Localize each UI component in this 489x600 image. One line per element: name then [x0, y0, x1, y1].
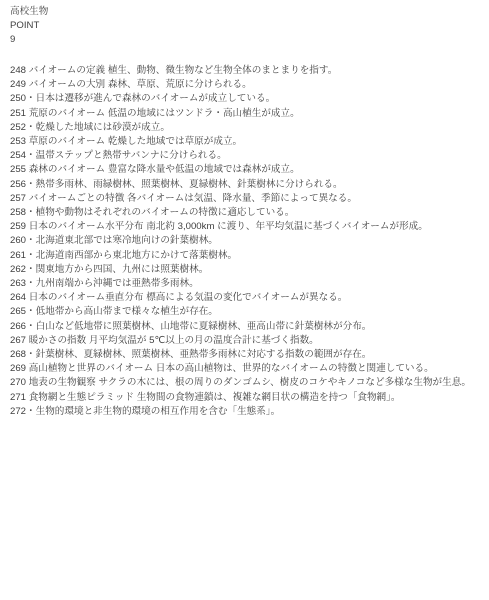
item-text: 関東地方から四国、九州には照葉樹林。: [36, 264, 209, 275]
header-point-number: 9: [10, 33, 479, 47]
item-number: 267: [10, 335, 26, 346]
item-text: 植物や動物はそれぞれのバイオームの特徴に適応している。: [36, 207, 295, 218]
list-item: 261・北海道南西部から東北地方にかけて落葉樹林。: [10, 249, 479, 263]
item-number: 271: [10, 392, 26, 403]
list-item: 249 バイオームの大別 森林、草原、荒原に分けられる。: [10, 78, 479, 92]
list-item: 263・九州南端から沖縄では亜熱帯多雨林。: [10, 277, 479, 291]
list-item: 259 日本のバイオーム水平分布 南北約 3,000km に渡り、年平均気温に基…: [10, 220, 479, 234]
item-number: 266: [10, 321, 26, 332]
item-number: 263: [10, 278, 26, 289]
item-bullet-separator: ・: [26, 150, 36, 161]
item-bullet-separator: ・: [26, 179, 36, 190]
list-item: 255 森林のバイオーム 豊富な降水量や低温の地域では森林が成立。: [10, 163, 479, 177]
item-number: 250: [10, 93, 26, 104]
list-item: 248 バイオームの定義 植生、動物、微生物など生物全体のまとまりを指す。: [10, 64, 479, 78]
item-bullet-separator: ・: [26, 321, 36, 332]
item-text: 北海道東北部では寒冷地向けの針葉樹林。: [36, 235, 218, 246]
item-text: バイオームごとの特徴 各バイオームは気温、降水量、季節によって異なる。: [29, 193, 357, 204]
item-number: 269: [10, 363, 26, 374]
item-bullet-separator: ・: [26, 306, 36, 317]
document-page: 高校生物 POINT 9 248 バイオームの定義 植生、動物、微生物など生物全…: [0, 0, 489, 419]
item-text: 草原のバイオーム 乾燥した地域では草原が成立。: [29, 136, 242, 147]
item-number: 257: [10, 193, 26, 204]
item-bullet-separator: ・: [26, 349, 36, 360]
item-number: 248: [10, 65, 26, 76]
item-number: 259: [10, 221, 26, 232]
item-number: 264: [10, 292, 26, 303]
item-text: 北海道南西部から東北地方にかけて落葉樹林。: [36, 250, 237, 261]
list-item: 250・日本は遷移が進んで森林のバイオームが成立している。: [10, 92, 479, 106]
list-item: 269 高山植物と世界のバイオーム 日本の高山植物は、世界的なバイオームの特徴と…: [10, 362, 479, 376]
item-number: 261: [10, 250, 26, 261]
item-text: 生物的環境と非生物的環境の相互作用を含む「生態系」。: [36, 406, 281, 417]
item-number: 253: [10, 136, 26, 147]
item-text: 乾燥した地域には砂漠が成立。: [36, 122, 170, 133]
item-text: バイオームの定義 植生、動物、微生物など生物全体のまとまりを指す。: [29, 65, 338, 76]
list-item: 251 荒原のバイオーム 低温の地域にはツンドラ・高山植生が成立。: [10, 107, 479, 121]
list-item: 266・白山など低地帯に照葉樹林、山地帯に夏緑樹林、亜高山帯に針葉樹林が分布。: [10, 320, 479, 334]
item-text: 食物網と生態ピラミッド 生物間の食物連鎖は、複雑な網目状の構造を持つ「食物網」。: [29, 392, 401, 403]
item-text: 白山など低地帯に照葉樹林、山地帯に夏緑樹林、亜高山帯に針葉樹林が分布。: [36, 321, 372, 332]
item-text: バイオームの大別 森林、草原、荒原に分けられる。: [29, 79, 252, 90]
item-text: 針葉樹林、夏緑樹林、照葉樹林、亜熱帯多雨林に対応する指数の範囲が存在。: [36, 349, 372, 360]
item-bullet-separator: ・: [26, 235, 36, 246]
item-number: 251: [10, 108, 26, 119]
item-text: 高山植物と世界のバイオーム 日本の高山植物は、世界的なバイオームの特徴と関連して…: [29, 363, 434, 374]
list-item: 262・関東地方から四国、九州には照葉樹林。: [10, 263, 479, 277]
list-item: 253 草原のバイオーム 乾燥した地域では草原が成立。: [10, 135, 479, 149]
list-item: 271 食物網と生態ピラミッド 生物間の食物連鎖は、複雑な網目状の構造を持つ「食…: [10, 391, 479, 405]
list-item: 256・熱帯多雨林、雨緑樹林、照葉樹林、夏緑樹林、針葉樹林に分けられる。: [10, 178, 479, 192]
list-item: 252・乾燥した地域には砂漠が成立。: [10, 121, 479, 135]
header-subject: 高校生物: [10, 5, 479, 19]
item-text: 九州南端から沖縄では亜熱帯多雨林。: [36, 278, 199, 289]
item-text: 日本は遷移が進んで森林のバイオームが成立している。: [36, 93, 276, 104]
item-text: 低地帯から高山帯まで様々な植生が存在。: [36, 306, 218, 317]
item-bullet-separator: ・: [26, 207, 36, 218]
item-text: 日本のバイオーム垂直分布 標高による気温の変化でバイオームが異なる。: [29, 292, 348, 303]
item-number: 255: [10, 164, 26, 175]
item-number: 268: [10, 349, 26, 360]
list-item: 257 バイオームごとの特徴 各バイオームは気温、降水量、季節によって異なる。: [10, 192, 479, 206]
item-text: 日本のバイオーム水平分布 南北約 3,000km に渡り、年平均気温に基づくバイ…: [29, 221, 428, 232]
list-item: 272・生物的環境と非生物的環境の相互作用を含む「生態系」。: [10, 405, 479, 419]
item-number: 262: [10, 264, 26, 275]
item-bullet-separator: ・: [26, 278, 36, 289]
list-item: 254・温帯ステップと熱帯サバンナに分けられる。: [10, 149, 479, 163]
item-text: 暖かさの指数 月平均気温が 5℃以上の月の温度合計に基づく指数。: [29, 335, 319, 346]
header-point-label: POINT: [10, 19, 479, 33]
list-item: 267 暖かさの指数 月平均気温が 5℃以上の月の温度合計に基づく指数。: [10, 334, 479, 348]
item-bullet-separator: ・: [26, 406, 36, 417]
notes-list: 248 バイオームの定義 植生、動物、微生物など生物全体のまとまりを指す。249…: [10, 64, 479, 419]
item-number: 254: [10, 150, 26, 161]
list-item: 260・北海道東北部では寒冷地向けの針葉樹林。: [10, 234, 479, 248]
list-item: 270 地表の生物観察 サクラの木には、根の周りのダンゴムシ、樹皮のコケやキノコ…: [10, 376, 479, 390]
item-bullet-separator: ・: [26, 122, 36, 133]
item-number: 258: [10, 207, 26, 218]
item-number: 252: [10, 122, 26, 133]
item-number: 265: [10, 306, 26, 317]
item-number: 270: [10, 377, 26, 388]
list-item: 268・針葉樹林、夏緑樹林、照葉樹林、亜熱帯多雨林に対応する指数の範囲が存在。: [10, 348, 479, 362]
item-number: 256: [10, 179, 26, 190]
item-text: 温帯ステップと熱帯サバンナに分けられる。: [36, 150, 227, 161]
item-number: 249: [10, 79, 26, 90]
document-header: 高校生物 POINT 9: [10, 5, 479, 47]
item-bullet-separator: ・: [26, 93, 36, 104]
item-text: 荒原のバイオーム 低温の地域にはツンドラ・高山植生が成立。: [29, 108, 300, 119]
item-number: 272: [10, 406, 26, 417]
item-text: 熱帯多雨林、雨緑樹林、照葉樹林、夏緑樹林、針葉樹林に分けられる。: [36, 179, 343, 190]
item-number: 260: [10, 235, 26, 246]
item-bullet-separator: ・: [26, 264, 36, 275]
list-item: 265・低地帯から高山帯まで様々な植生が存在。: [10, 305, 479, 319]
list-item: 264 日本のバイオーム垂直分布 標高による気温の変化でバイオームが異なる。: [10, 291, 479, 305]
item-bullet-separator: ・: [26, 250, 36, 261]
list-item: 258・植物や動物はそれぞれのバイオームの特徴に適応している。: [10, 206, 479, 220]
item-text: 森林のバイオーム 豊富な降水量や低温の地域では森林が成立。: [29, 164, 300, 175]
item-text: 地表の生物観察 サクラの木には、根の周りのダンゴムシ、樹皮のコケやキノコなど多様…: [29, 377, 471, 388]
